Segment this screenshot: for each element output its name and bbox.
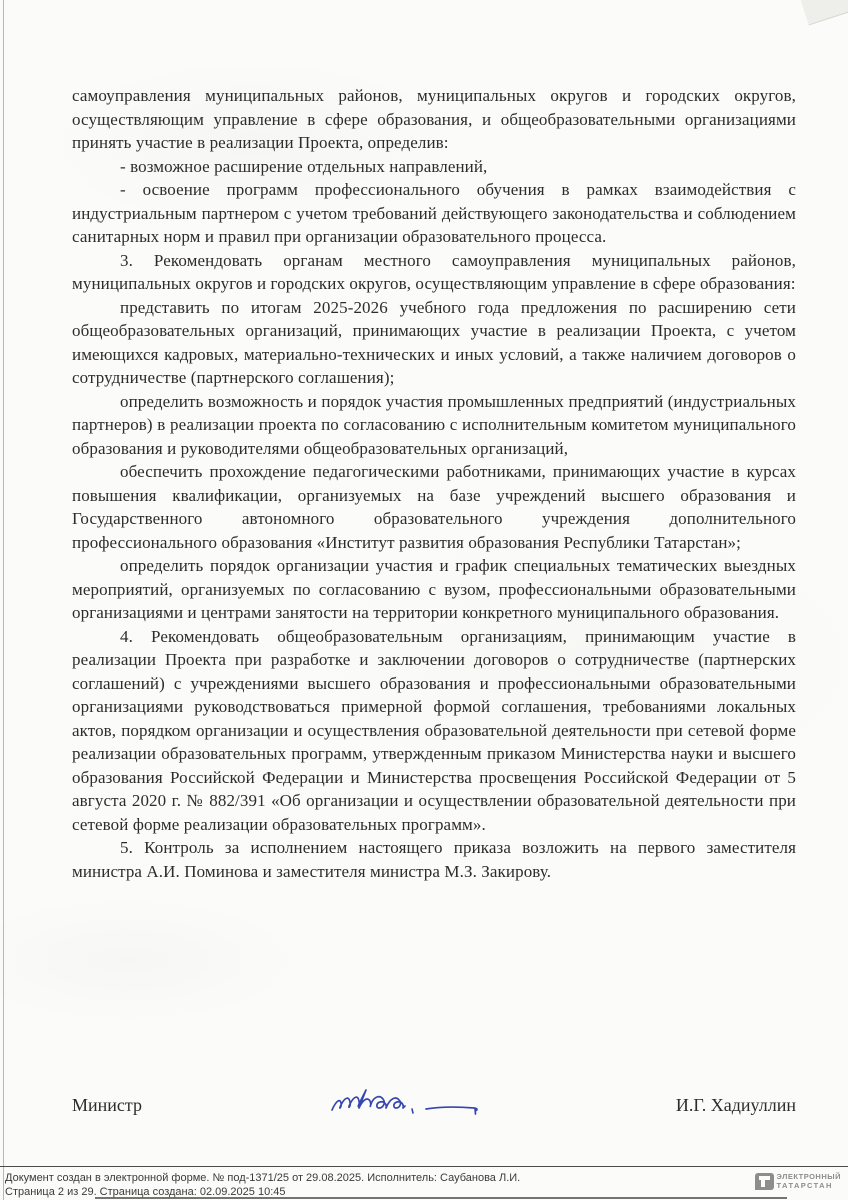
scan-corner-artifact [798, 0, 848, 25]
scanned-document-page: самоуправления муниципальных районов, му… [0, 0, 848, 1200]
paragraph-item-3: 3. Рекомендовать органам местного самоуп… [72, 249, 796, 296]
footer-meta-line1: Документ создан в электронной форме. № п… [5, 1171, 520, 1185]
electronic-tatarstan-logo-icon [755, 1173, 774, 1190]
paragraph-item-4: 4. Рекомендовать общеобразовательным орг… [72, 625, 796, 837]
paragraph-continuation: самоуправления муниципальных районов, му… [72, 84, 796, 155]
subparagraph: обеспечить прохождение педагогическими р… [72, 460, 796, 554]
subparagraph: представить по итогам 2025-2026 учебного… [72, 296, 796, 390]
scan-edge-artifact-bottom [95, 1197, 787, 1199]
signatory-name: И.Г. Хадиуллин [676, 1095, 796, 1116]
document-body: самоуправления муниципальных районов, му… [72, 84, 796, 883]
list-item-dash: - освоение программ профессионального об… [72, 178, 796, 249]
footer-meta: Документ создан в электронной форме. № п… [5, 1171, 520, 1199]
signatory-title: Министр [72, 1095, 142, 1116]
electronic-tatarstan-logo: ЭЛЕКТРОННЫЙ ТАТАРСТАН [755, 1173, 841, 1190]
page-footer: Документ создан в электронной форме. № п… [0, 1166, 848, 1200]
subparagraph: определить порядок организации участия и… [72, 554, 796, 625]
paragraph-item-5: 5. Контроль за исполнением настоящего пр… [72, 836, 796, 883]
signature-ink [326, 1082, 491, 1129]
list-item-dash: - возможное расширение отдельных направл… [72, 155, 796, 179]
logo-text-line2: ТАТАРСТАН [777, 1182, 841, 1191]
subparagraph: определить возможность и порядок участия… [72, 390, 796, 461]
signature-block: Министр И.Г. Хадиуллин [72, 1082, 796, 1129]
logo-text: ЭЛЕКТРОННЫЙ ТАТАРСТАН [777, 1173, 841, 1190]
scan-edge-artifact-left [3, 0, 4, 1200]
